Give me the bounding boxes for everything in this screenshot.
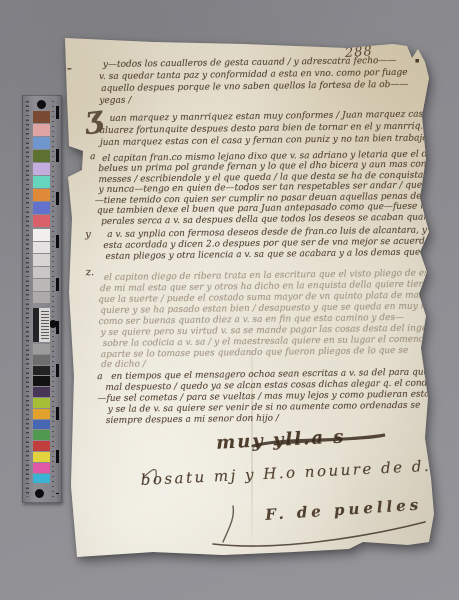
- margin-mark: a: [90, 152, 96, 162]
- calibration-patch: [33, 355, 50, 365]
- closing-dateline: bosatu mj y H.o nouure de d. s.: [140, 456, 456, 489]
- calibration-patch: [33, 398, 50, 408]
- registration-dot: [37, 100, 46, 109]
- calibration-patch: [33, 474, 50, 484]
- margin-mark: z.: [86, 267, 95, 278]
- closing-salutation: muy yll.a s: [216, 426, 346, 453]
- calibration-patch: [33, 124, 50, 136]
- calibration-patch: [33, 366, 50, 376]
- margin-mark: Ʒ: [84, 105, 108, 142]
- calibration-patch: [33, 279, 50, 291]
- manuscript-line: yegas /: [99, 96, 131, 106]
- calibration-patch: [33, 137, 50, 149]
- margin-mark: y: [85, 229, 91, 240]
- strip-label: [33, 308, 50, 342]
- manuscript-line: siempre despues a mi senor don hijo /: [106, 414, 279, 426]
- margin-mark: –: [67, 63, 72, 74]
- calibration-patch: [33, 420, 50, 430]
- strip-label-dark-patch: [33, 308, 39, 342]
- manuscript-line: de dicho /: [101, 359, 146, 370]
- calibration-patch: [33, 215, 50, 227]
- manuscript-page: 288 y—todos los caualleros de gesta caua…: [63, 36, 435, 560]
- calibration-patch: [33, 409, 50, 419]
- calibration-patch: [33, 254, 50, 266]
- photo-background: 288 y—todos los caualleros de gesta caua…: [0, 0, 459, 600]
- calibration-patch: [33, 229, 50, 241]
- calibration-patch: [33, 202, 50, 214]
- signature: F. de puelles: [265, 495, 423, 523]
- manuscript-line: aquello despues porque le vno saben quel…: [101, 80, 408, 94]
- margin-mark: ▪: [415, 56, 420, 65]
- manuscript-line: juan marquez estas con el casa y fernan …: [100, 133, 455, 148]
- calibration-patch: [33, 267, 50, 279]
- calibration-patch: [33, 344, 50, 354]
- calibration-patch: [33, 163, 50, 175]
- handwritten-text-block: y—todos los caualleros de gesta cauand /…: [62, 31, 441, 560]
- calibration-patch: [33, 387, 50, 397]
- paper-sheet: 288 y—todos los caualleros de gesta caua…: [63, 36, 435, 560]
- calibration-patch: [33, 463, 50, 473]
- calibration-patch: [33, 452, 50, 462]
- color-calibration-strip: [22, 95, 62, 503]
- calibration-patch: [33, 441, 50, 451]
- registration-dot: [49, 320, 57, 328]
- calibration-patch: [33, 176, 50, 188]
- calibration-patch: [33, 430, 50, 440]
- registration-dot: [35, 489, 44, 498]
- calibration-patch: [33, 150, 50, 162]
- calibration-patch: [33, 292, 50, 304]
- calibration-patch: [33, 111, 50, 123]
- calibration-patch: [33, 376, 50, 386]
- strip-label-micro-text: [41, 311, 49, 339]
- calibration-patch: [33, 242, 50, 254]
- calibration-patch: [33, 189, 50, 201]
- strip-tick-marks: [52, 101, 54, 497]
- margin-mark: a: [97, 372, 103, 382]
